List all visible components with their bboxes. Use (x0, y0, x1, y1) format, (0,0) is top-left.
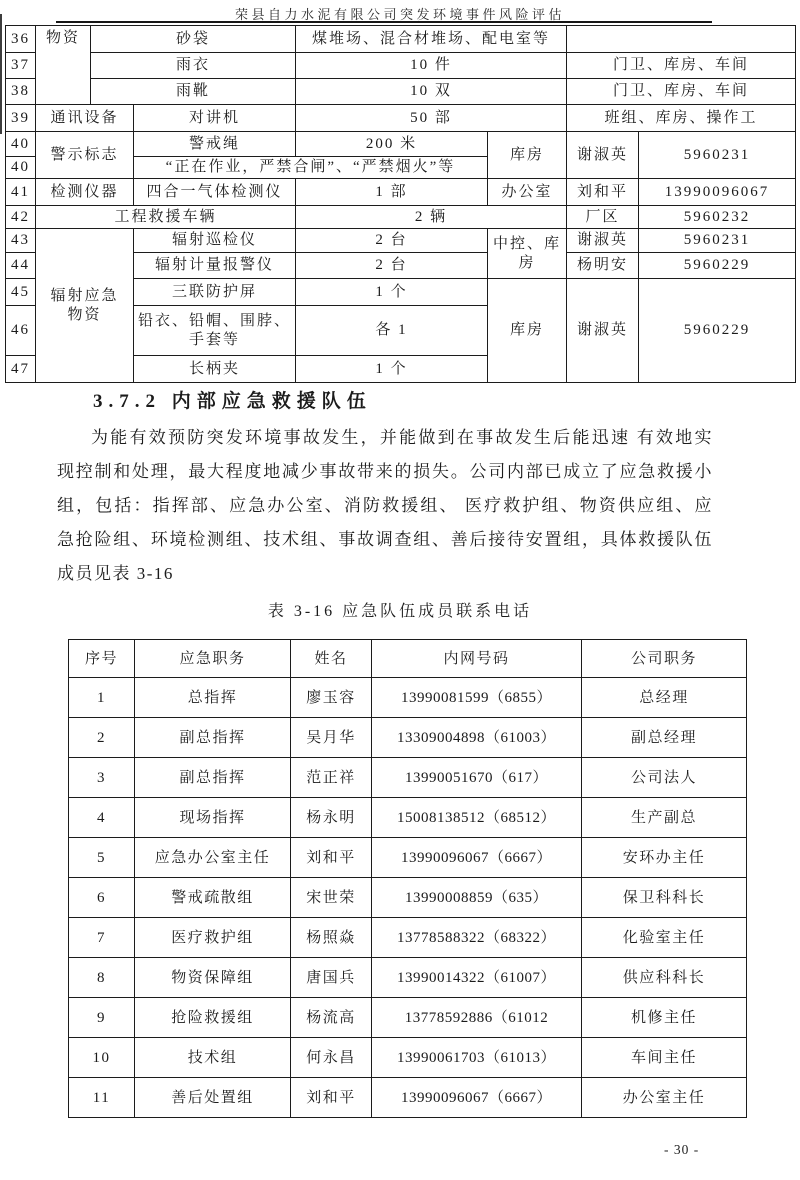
table-cell: 刘和平 (291, 1078, 372, 1118)
table-cell: 36 (6, 26, 36, 53)
table-cell: 抢险救援组 (135, 998, 291, 1038)
column-header-cell: 姓名 (291, 640, 372, 678)
table-cell: 三联防护屏 (134, 279, 296, 306)
table-cell: 15008138512（68512） (372, 798, 582, 838)
table-cell: 10 (69, 1038, 135, 1078)
table-cell: 总经理 (582, 678, 747, 718)
table-cell: 6 (69, 878, 135, 918)
table-cell: 45 (6, 279, 36, 306)
table-cell: 13778592886（61012 (372, 998, 582, 1038)
table-cell: 供应科科长 (582, 958, 747, 998)
table-cell: 生产副总 (582, 798, 747, 838)
table-cell: 杨明安 (567, 253, 639, 279)
table-cell: 40 (6, 132, 36, 157)
table-cell: “正在作业，严禁合闸”、“严禁烟火”等 (134, 157, 488, 179)
column-header-cell: 序号 (69, 640, 135, 678)
table-cell: 1 部 (296, 179, 488, 206)
table-cell: 2 辆 (296, 206, 567, 229)
table-cell: 杨照焱 (291, 918, 372, 958)
equipment-table: 36 物资 砂袋 煤堆场、混合材堆场、配电室等 37 雨衣 10 件 门卫、库房… (5, 25, 796, 383)
table-cell: 37 (6, 53, 36, 79)
table-cell: 长柄夹 (134, 356, 296, 383)
table-cell: 铅衣、铅帽、围脖、手套等 (134, 306, 296, 356)
table-cell: 雨靴 (91, 79, 296, 105)
table-cell: 13990061703（61013） (372, 1038, 582, 1078)
table-cell: 1 个 (296, 279, 488, 306)
scan-edge-artifact (0, 14, 2, 134)
table-cell: 公司法人 (582, 758, 747, 798)
table-cell: 13990008859（635） (372, 878, 582, 918)
table-cell: 副总指挥 (135, 718, 291, 758)
table-cell: 2 台 (296, 229, 488, 253)
table-cell: 8 (69, 958, 135, 998)
table-cell: 刘和平 (291, 838, 372, 878)
table-cell: 宋世荣 (291, 878, 372, 918)
contact-table: 序号应急职务姓名内网号码公司职务1总指挥廖玉容13990081599（6855）… (68, 639, 747, 1118)
column-header-cell: 内网号码 (372, 640, 582, 678)
paragraph-line: 急抢险组、环境检测组、技术组、事故调查组、善后接待安置组，具体救援队伍 (57, 523, 713, 557)
table-cell: 砂袋 (91, 26, 296, 53)
table-cell: 班组、库房、操作工 (567, 105, 796, 132)
table-cell: 7 (69, 918, 135, 958)
column-header-cell: 应急职务 (135, 640, 291, 678)
table-cell: 化验室主任 (582, 918, 747, 958)
paragraph-line: 为能有效预防突发环境事故发生，并能做到在事故发生后能迅速 有效地实 (57, 421, 713, 455)
table-cell: 13990096067（6667） (372, 1078, 582, 1118)
table-cell: 唐国兵 (291, 958, 372, 998)
table-cell: 医疗救护组 (135, 918, 291, 958)
table-cell: 47 (6, 356, 36, 383)
table-cell: 2 (69, 718, 135, 758)
table-cell: 5960229 (639, 279, 796, 383)
table-cell: 1 (69, 678, 135, 718)
section-heading: 3.7.2 内部应急救援队伍 (93, 386, 372, 413)
table-cell: 200 米 (296, 132, 488, 157)
table-cell: 5960232 (639, 206, 796, 229)
table-cell: 通讯设备 (36, 105, 134, 132)
table-cell: 9 (69, 998, 135, 1038)
table-cell: 廖玉容 (291, 678, 372, 718)
table-cell: 总指挥 (135, 678, 291, 718)
table-cell: 车间主任 (582, 1038, 747, 1078)
table-cell: 警戒疏散组 (135, 878, 291, 918)
table-cell: 范正祥 (291, 758, 372, 798)
column-header-cell: 公司职务 (582, 640, 747, 678)
paragraph-line: 成员见表 3-16 (57, 557, 713, 591)
table-cell: 技术组 (135, 1038, 291, 1078)
table-cell: 谢淑英 (567, 132, 639, 179)
table-cell: 1 个 (296, 356, 488, 383)
table-cell: 办公室 (488, 179, 567, 206)
table-cell: 13990014322（61007） (372, 958, 582, 998)
table-cell: 44 (6, 253, 36, 279)
table-cell: 刘和平 (567, 179, 639, 206)
table-cell: 43 (6, 229, 36, 253)
table-cell: 13778588322（68322） (372, 918, 582, 958)
table-cell: 工程救援车辆 (36, 206, 296, 229)
table-cell: 13990096067（6667） (372, 838, 582, 878)
table-cell: 5 (69, 838, 135, 878)
table-cell: 机修主任 (582, 998, 747, 1038)
table-caption: 表 3-16 应急队伍成员联系电话 (0, 598, 800, 621)
table-cell: 保卫科科长 (582, 878, 747, 918)
table-cell: 11 (69, 1078, 135, 1118)
table-cell: 谢淑英 (567, 229, 639, 253)
table-cell (567, 26, 796, 53)
table-cell: 物资 (36, 26, 91, 105)
table-cell: 煤堆场、混合材堆场、配电室等 (296, 26, 567, 53)
table-cell: 3 (69, 758, 135, 798)
paragraph-line: 现控制和处理，最大程度地减少事故带来的损失。公司内部已成立了应急救援小 (57, 455, 713, 489)
table-cell: 5960231 (639, 229, 796, 253)
table-cell: 中控、库房 (488, 229, 567, 279)
table-cell: 雨衣 (91, 53, 296, 79)
table-cell: 42 (6, 206, 36, 229)
table-cell: 库房 (488, 279, 567, 383)
page-number: - 30 - (664, 1142, 699, 1158)
table-cell: 辐射巡检仪 (134, 229, 296, 253)
table-cell: 四合一气体检测仪 (134, 179, 296, 206)
table-cell: 库房 (488, 132, 567, 179)
table-cell: 13309004898（61003） (372, 718, 582, 758)
table-cell: 38 (6, 79, 36, 105)
table-cell: 各 1 (296, 306, 488, 356)
table-cell: 39 (6, 105, 36, 132)
table-cell: 10 双 (296, 79, 567, 105)
table-cell: 何永昌 (291, 1038, 372, 1078)
table-cell: 10 件 (296, 53, 567, 79)
table-cell: 5960229 (639, 253, 796, 279)
table-cell: 门卫、库房、车间 (567, 79, 796, 105)
table-cell: 办公室主任 (582, 1078, 747, 1118)
table-cell: 13990051670（617） (372, 758, 582, 798)
table-cell: 2 台 (296, 253, 488, 279)
table-cell: 善后处置组 (135, 1078, 291, 1118)
table-cell: 检测仪器 (36, 179, 134, 206)
table-cell: 门卫、库房、车间 (567, 53, 796, 79)
paragraph-line: 组，包括：指挥部、应急办公室、消防救援组、 医疗救护组、物资供应组、应 (57, 489, 713, 523)
body-paragraph: 为能有效预防突发环境事故发生，并能做到在事故发生后能迅速 有效地实现控制和处理，… (57, 421, 713, 591)
table-cell: 对讲机 (134, 105, 296, 132)
table-cell: 安环办主任 (582, 838, 747, 878)
table-cell: 应急办公室主任 (135, 838, 291, 878)
table-cell: 杨永明 (291, 798, 372, 838)
table-cell: 辐射计量报警仪 (134, 253, 296, 279)
table-cell: 警示标志 (36, 132, 134, 179)
table-cell: 物资保障组 (135, 958, 291, 998)
table-cell: 5960231 (639, 132, 796, 179)
table-cell: 警戒绳 (134, 132, 296, 157)
table-cell: 50 部 (296, 105, 567, 132)
table-cell: 辐射应急物资 (36, 229, 134, 383)
header-rule (56, 21, 712, 23)
table-cell: 吴月华 (291, 718, 372, 758)
table-cell: 现场指挥 (135, 798, 291, 838)
table-cell: 谢淑英 (567, 279, 639, 383)
table-cell: 副总经理 (582, 718, 747, 758)
table-cell: 杨流高 (291, 998, 372, 1038)
table-cell: 46 (6, 306, 36, 356)
table-cell: 4 (69, 798, 135, 838)
table-cell: 40 (6, 157, 36, 179)
document-page: { "page": { "header_title": "荣县自力水泥有限公司突… (0, 0, 800, 1180)
table-cell: 13990081599（6855） (372, 678, 582, 718)
table-cell: 13990096067 (639, 179, 796, 206)
table-cell: 副总指挥 (135, 758, 291, 798)
table-cell: 厂区 (567, 206, 639, 229)
table-cell: 41 (6, 179, 36, 206)
